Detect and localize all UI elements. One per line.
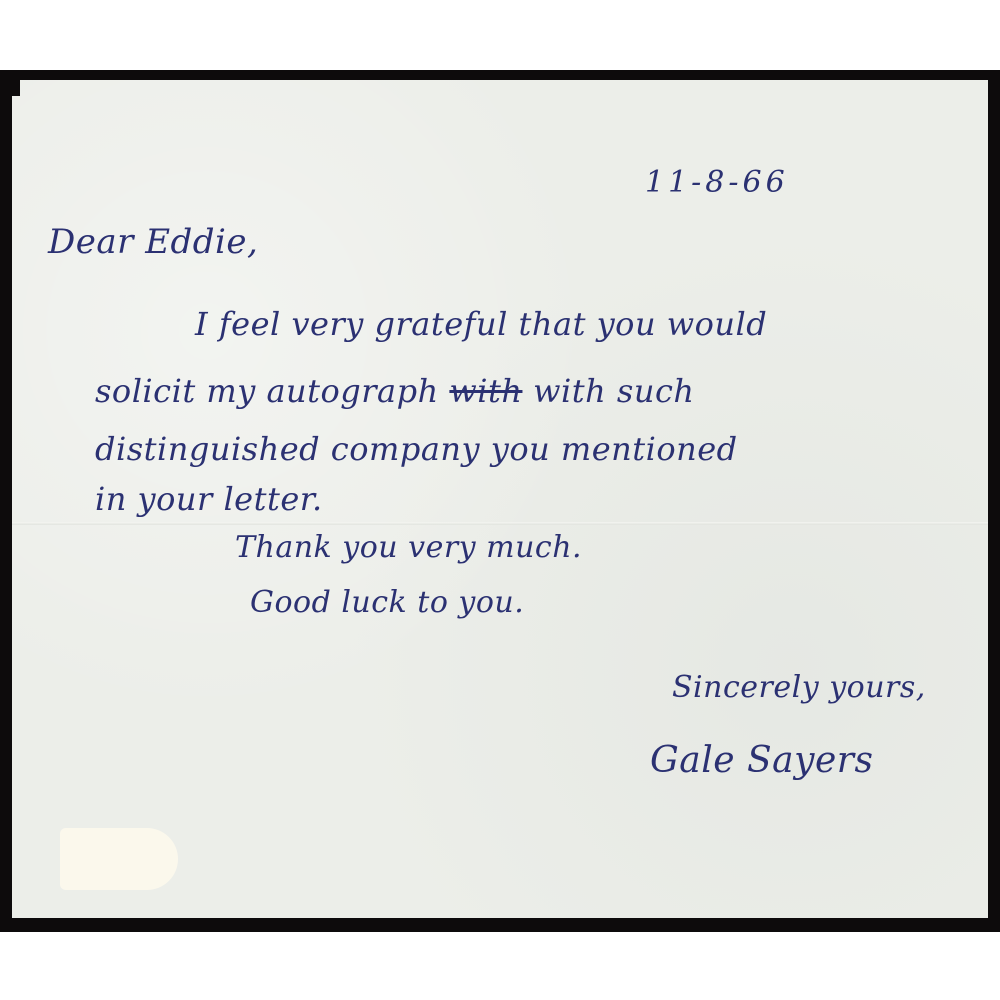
paper-fold-line bbox=[12, 522, 988, 525]
letter-salutation: Dear Eddie, bbox=[48, 222, 258, 262]
body-line-3: distinguished company you mentioned bbox=[95, 430, 738, 468]
letter-date: 11-8-66 bbox=[645, 165, 789, 200]
body-line-2-end: with such bbox=[533, 372, 694, 410]
body-line-5: Thank you very much. bbox=[235, 530, 582, 565]
body-line-1: I feel very grateful that you would bbox=[195, 305, 767, 343]
letter-closing: Sincerely yours, bbox=[672, 670, 926, 705]
letter-signature: Gale Sayers bbox=[650, 740, 873, 781]
body-line-2: solicit my autograph with with such bbox=[95, 372, 694, 410]
body-line-6: Good luck to you. bbox=[250, 585, 524, 620]
archival-label-tab bbox=[60, 828, 178, 890]
paper-torn-corner bbox=[12, 80, 20, 96]
body-line-2-start: solicit my autograph bbox=[95, 372, 439, 410]
struck-word: with bbox=[449, 372, 522, 410]
body-line-4: in your letter. bbox=[95, 480, 323, 518]
